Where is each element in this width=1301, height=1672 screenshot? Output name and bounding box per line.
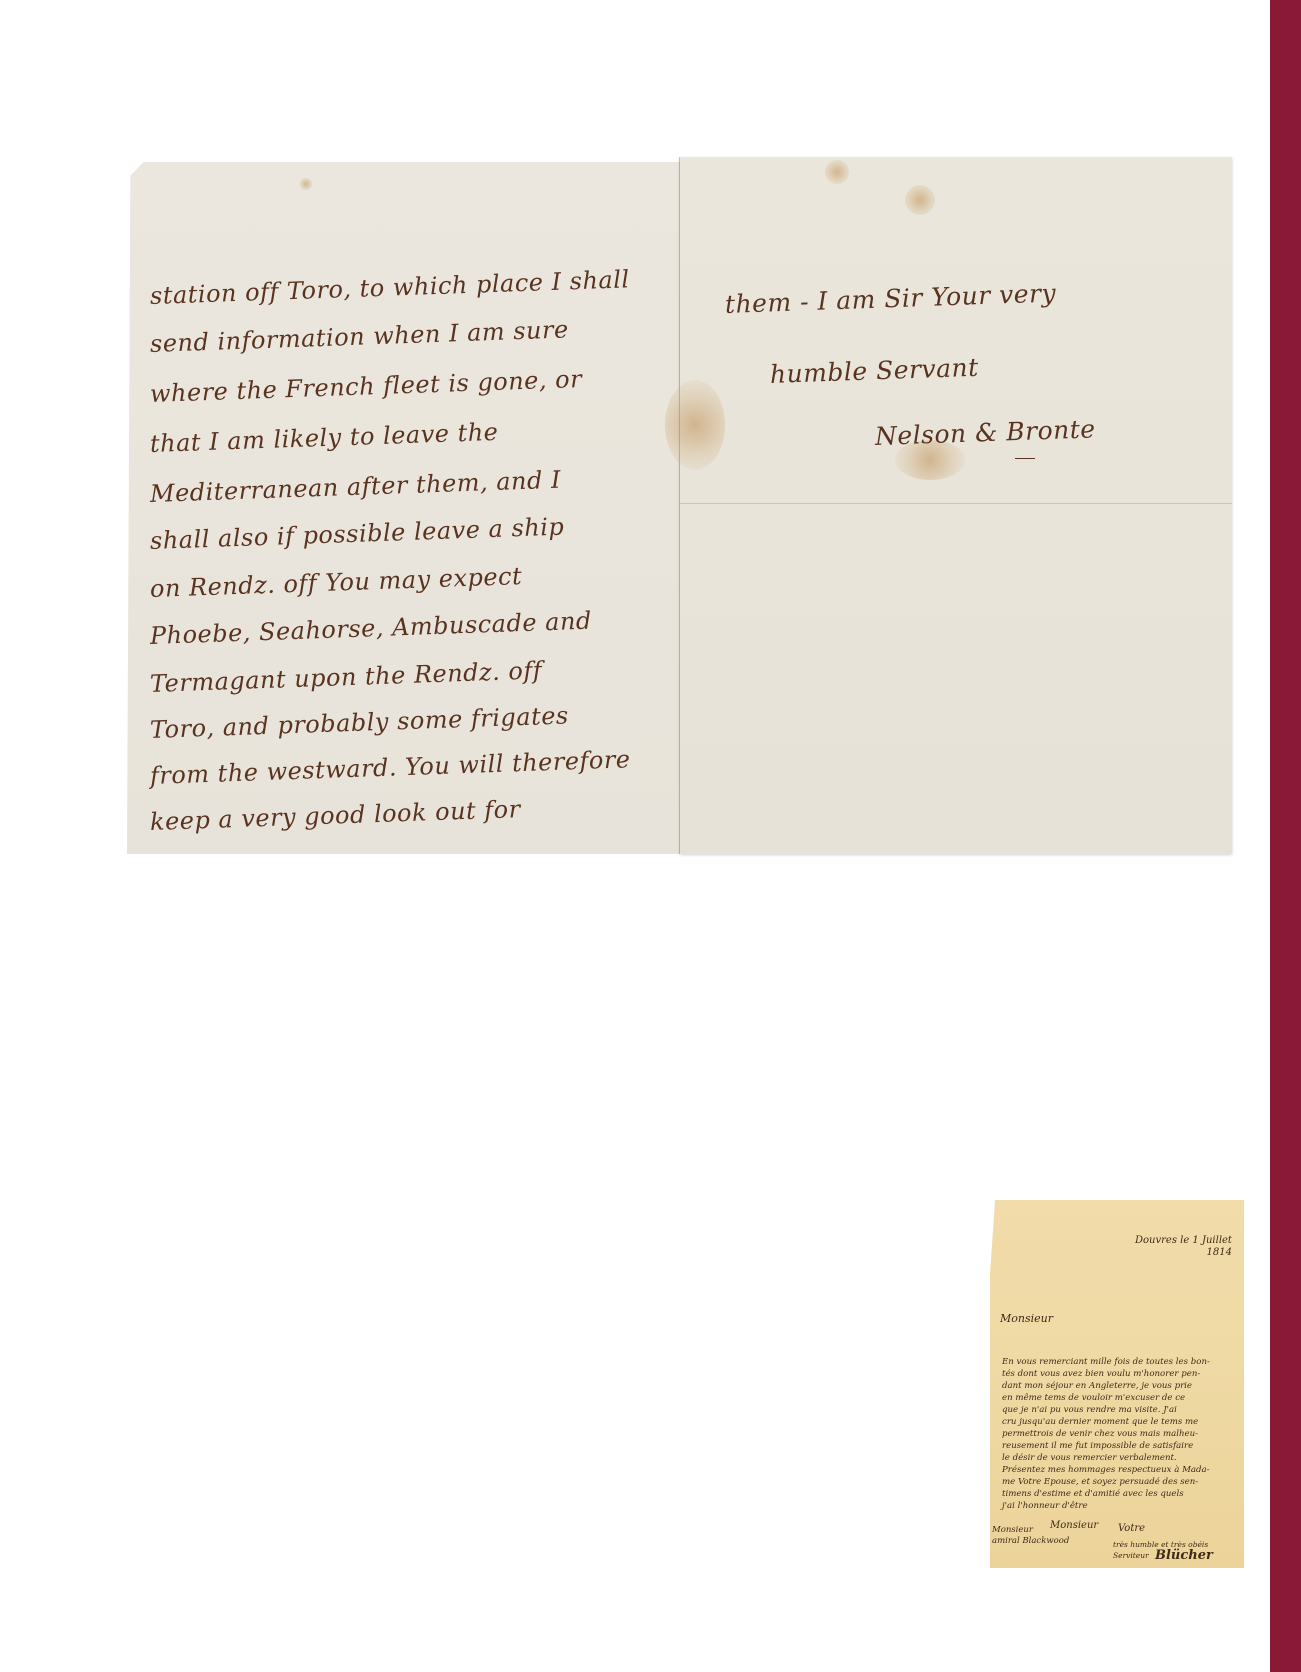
small-letter-line: me Votre Epouse, et soyez persuadé des s…	[1002, 1476, 1198, 1488]
small-letter-date: Douvres le 1 Juillet 1814	[1135, 1235, 1232, 1259]
small-letter-addressee: Monsieur	[992, 1525, 1033, 1535]
small-letter-line: permettrois de venir chez vous mais malh…	[1002, 1428, 1198, 1440]
small-letter-line: tés dont vous avez bien voulu m'honorer …	[1002, 1368, 1200, 1380]
small-letter-addressee: amiral Blackwood	[992, 1536, 1069, 1546]
signature-underline	[1015, 458, 1035, 459]
main-letter: station off Toro, to which place I shall…	[0, 0, 1301, 900]
small-letter-closing: Votre	[1118, 1523, 1145, 1534]
foxing-stain	[300, 178, 312, 190]
letter-spine-fold	[679, 157, 680, 854]
small-letter-line: j'ai l'honneur d'être	[1002, 1500, 1088, 1512]
small-letter-line: Présentez mes hommages respectueux à Mad…	[1002, 1464, 1210, 1476]
letter-horizontal-fold	[680, 503, 1232, 504]
letter-right-page	[680, 157, 1232, 854]
foxing-stain	[905, 185, 935, 215]
foxing-stain	[665, 380, 725, 470]
small-letter-line: que je n'ai pu vous rendre ma visite. J'…	[1002, 1404, 1177, 1416]
small-letter-signature: Blücher	[1155, 1548, 1213, 1563]
small-letter-line: reusement il me fut impossible de satisf…	[1002, 1440, 1193, 1452]
small-letter-line: le désir de vous remercier verbalement.	[1002, 1452, 1177, 1464]
small-letter-closing: Monsieur	[1050, 1520, 1098, 1531]
foxing-stain	[825, 160, 849, 184]
small-letter-line: cru jusqu'au dernier moment que le tems …	[1002, 1416, 1198, 1428]
small-letter-closing: Serviteur	[1113, 1551, 1149, 1560]
small-letter-salutation: Monsieur	[1000, 1312, 1053, 1325]
date-year: 1814	[1135, 1247, 1232, 1259]
small-letter-line: En vous remerciant mille fois de toutes …	[1002, 1356, 1210, 1368]
date-line: Douvres le 1 Juillet	[1135, 1235, 1232, 1247]
small-letter-line: timens d'estime et d'amitié avec les que…	[1002, 1488, 1184, 1500]
small-letter-line: en même tems de vouloir m'excuser de ce	[1002, 1392, 1185, 1404]
small-letter-line: dant mon séjour en Angleterre, je vous p…	[1002, 1380, 1192, 1392]
